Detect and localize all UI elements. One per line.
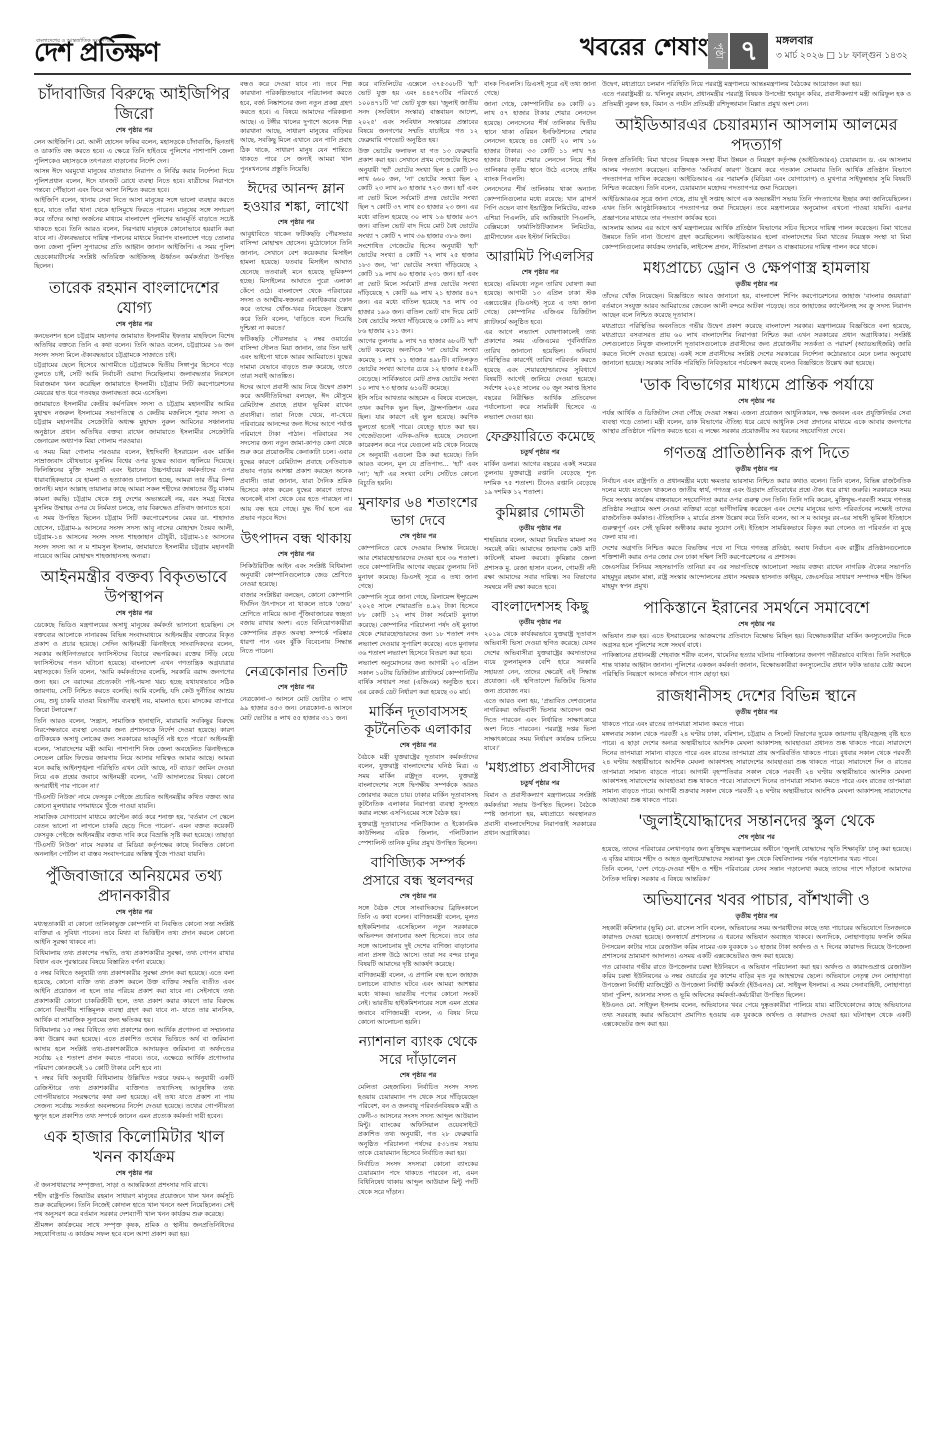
story-body: কোম্পানিতে রেখে দেওয়ার সিদ্ধান্ত নিয়েছ… [358,544,478,697]
story-tarek: তারেক রহমান বাংলাদেশের যোগ্য শেষ পৃষ্ঠার… [34,278,234,562]
story-body: ডেকেছে ভিডিও মন্ত্রণালয়ের অসাধু মানুষের… [34,621,234,859]
story-body: সহকারী কমিশনার (ভূমি) মো. রাসেল সানি বলে… [602,924,911,1029]
story-democracy: গণতন্ত্র প্রাতিষ্ঠানিক রূপ দিতে তৃতীয় প… [602,443,911,592]
headline: ন্যাশনাল ব্যাংক থেকে সরে দাঁড়ালেন [358,1033,478,1069]
paragraph: অভিযান শুরু হয়। এতে ইসরায়েলের আক্রমণের… [602,632,911,651]
headline: আরামিট পিএলসির [484,248,596,266]
column-5: উদ্বেগ, মধ্যপ্রাচ্যে চলমান পরিস্থিতি নিয… [602,80,911,1440]
column-4: বাংক পিএলসি। ডিএসই সূত্রে এই তথ্য জানা গ… [484,80,596,1440]
headline: আইডিআরএর চেয়ারম্যান আসলাম আলমের পদত্যাগ [602,115,911,155]
story-body: ২০১৯ থেকে কার্যকরভাবে যুক্তরাষ্ট্র দূতাব… [484,630,596,753]
headline: কুমিল্লার গোমতী [484,504,596,522]
news-columns: চাঁদাবাজির বিরুদ্ধে আইজিপির জিরো শেষ পৃষ… [34,80,911,1440]
jump-line: শেষ পৃষ্ঠার পর [602,832,911,843]
paragraph: হয়েছে, তাদের পরিবারের লেখাপড়ার জন্য মু… [602,845,911,864]
paragraph: মধ্যস্থতাকারী বা কোনো তালিকাভুক্ত কোম্পা… [34,920,234,948]
paragraph: ফটিকছড়ি পৌরসভার ২ নম্বর ওয়ার্ডের বাসিন… [240,335,352,382]
headline: চাঁদাবাজির বিরুদ্ধে আইজিপির জিরো [34,84,234,124]
paragraph: সঙ্গে বৈঠক শেষে সাংবাদিকদের ব্রিফিংকালে … [358,904,478,970]
story-eid: ঈদের আনন্দ ম্লান হওয়ার শঙ্কা, লাখো শেষ … [240,180,352,524]
paragraph: ঐ জনসাধারণের সম্পৃক্ততা, সাড়া ও আন্তরিক… [34,1181,234,1190]
story-netrokona: নেত্রকোনার তিনটি শেষ পৃষ্ঠার পর নেত্রকোন… [240,663,352,723]
paragraph: হয়েছে। এরিমধ্যে নতুন তারিখ ঘোষণা করা হয… [484,280,596,327]
headline: রাজধানীসহ দেশের বিভিন্ন স্থানে [602,686,911,706]
paragraph: গত রোববার গভীর রাতে উপজেলার চরম্বা ইউনিয… [602,963,911,1001]
story-february: ফেব্রুয়ারিতে কমেছে চতুর্থ পৃষ্ঠার পর মা… [484,428,596,498]
story-production: উৎপাদন বন্ধ থাকায় শেষ পৃষ্ঠার পর সিকিউর… [240,530,352,657]
paragraph: আবুধাবিতে থাকেন ফটিকছড়ি পৌরসভার বাসিন্দ… [240,230,352,333]
paragraph: আসন্ন ঈদে ঘরমুখো মানুষের যাতায়াত নিরাপদ… [34,167,234,195]
jump-line: তৃতীয় পৃষ্ঠার পর [602,911,911,922]
paragraph: সংশোধিত গেজেটের হিসেব অনুযায়ী 'হ্যাঁ' ভ… [358,242,478,336]
paragraph: জামায়াতে ইসলামীর কেন্দ্রীয় কর্মপরিষদ স… [34,400,234,447]
story-idra: আইডিআরএর চেয়ারম্যান আসলাম আলমের পদত্যাগ… [602,115,911,252]
story-referendum: করে বাতিলিটের এক্সেলে ৩৭৫৩০৮টি 'হ্যাঁ' ভ… [358,80,478,488]
paragraph: লেনদেনের শীর্ষ তালিকায় থাকা অন্যান্য কো… [484,185,596,241]
story-body: নিজস্ব প্রতিনিধি: বিমা খাতের নিয়ন্ত্রক … [602,156,911,252]
page-label: পৃষ্ঠা [708,33,728,69]
paragraph: মধ্যপ্রাচ্যে পরিস্থিতির অবনতিতে গভীর উদ্… [602,322,911,369]
paragraph: বিধিমালায় তথ্য প্রকাশের পদ্ধতি, তথ্য প্… [34,949,234,968]
paragraph: তিনি বলেন, 'দেশ গেড়ে-দেওয়া শহীদ ও শহীদ… [602,865,911,884]
paragraph: ৫ নম্বর বিধিতে অনুযায়ী তথ্য প্রকাশকারীর… [34,969,234,1025]
paragraph: নির্বাচন এবং রাষ্ট্রপতি ও প্রধানমন্ত্রীর… [602,477,911,543]
jump-line: শেষ পৃষ্ঠার পর [484,267,596,278]
story-bangladesh-some: বাংলাদেশসহ কিছু তৃতীয় পৃষ্ঠার পর ২০১৯ থ… [484,598,596,753]
story-pakistan: পাকিস্তানে ইরানের সমর্থনে সমাবেশে শেষ পৃ… [602,598,911,680]
story-water-flow: বন্ধও করে দেওয়া যাবে না। তবে শিল্প কারখ… [240,80,352,174]
jump-line: শেষ পৃষ্ঠার পর [34,125,234,136]
jump-line: শেষ পৃষ্ঠার পর [240,549,352,560]
paragraph: দেশের অগ্রগতি নিশ্চিত করতে বিভক্তির পথে … [602,544,911,563]
story-body: কনভেনশন হলে চট্টগ্রাম মহানগর জামায়াত ইস… [34,332,234,562]
headline: এক হাজার কিলোমিটার খাল খনন কার্যক্রম [34,1127,234,1167]
story-body: সিকিউরিটিজ আইন এবং সংশ্লিষ্ট বিধিমালা অন… [240,562,352,657]
paragraph: বৈঠকে মন্ত্রী যুক্তরাষ্ট্রের দূতাবাস কর্… [358,753,478,819]
story-igp: চাঁদাবাজির বিরুদ্ধে আইজিপির জিরো শেষ পৃষ… [34,84,234,272]
paragraph: মার্কিন ডলার। আগের বছরের একই সময়ের তুলন… [484,460,596,498]
headline: ঈদের আনন্দ ম্লান হওয়ার শঙ্কা, লাখো [240,180,352,216]
masthead: বাংলাদেশের ও আন্তর্জাতিক সংবাদপত্র দেশ প… [0,0,945,50]
story-body: অভিযান শুরু হয়। এতে ইসরায়েলের আক্রমণের… [602,632,911,680]
paragraph: আইজিপি বলেন, থানায় সেবা নিতে আসা মানুষে… [34,196,234,271]
paragraph: জেএসডির সিনিয়র সহসভাপতি তানিয়া রব এর স… [602,563,911,591]
jump-line: তৃতীয় পৃষ্ঠার পর [602,279,911,290]
story-body: শাহরিয়ার বলেন, আমরা নিয়মিত মামলা সব সম… [484,536,596,592]
paragraph: লেন আইজিপি। মো. আলী হোসেন ফকির বলেন, মহা… [34,138,234,166]
paragraph: আইডিআরএর সূত্রে জানা গেছে, প্রায় দুই সপ… [602,195,911,223]
paragraph: আসলাম আলম এর আগে অর্থ মন্ত্রণালয়ের আর্থ… [602,224,911,252]
paragraph: পর্যন্ত আর্থিক ও ডিজিটাল সেবা পৌঁছে দেওয… [602,409,911,437]
paragraph: ডেকেছে ভিডিও মন্ত্রণালয়ের অসাধু মানুষের… [34,621,234,715]
jump-line: তৃতীয় পৃষ্ঠার পর [484,617,596,628]
story-raid: অভিযানের খবর পাচার, বাঁশখালী ও তৃতীয় পৃ… [602,890,911,1029]
jump-line: তৃতীয় পৃষ্ঠার পর [602,707,911,718]
story-body: করে বাতিলিটের এক্সেলে ৩৭৫৩০৮টি 'হ্যাঁ' ভ… [358,80,478,488]
headline: 'ডাক বিভাগের মাধ্যমে প্রান্তিক পর্যায়ে [602,375,911,395]
headline: বাংলাদেশসহ কিছু [484,598,596,616]
column-3: করে বাতিলিটের এক্সেলে ৩৭৫৩০৮টি 'হ্যাঁ' ভ… [358,80,478,1440]
story-body: হয়েছে। এরিমধ্যে নতুন তারিখ ঘোষণা করা হয… [484,280,596,422]
paragraph: নেত্রকোনা-৩ আসনে মোট ভোটার ৩ লাখ ৯৯ হাজা… [240,695,352,723]
jump-line: শেষ পৃষ্ঠার পর [602,619,911,630]
story-body: মার্কিন ডলার। আগের বছরের একই সময়ের তুলন… [484,460,596,498]
story-body: আবুধাবিতে থাকেন ফটিকছড়ি পৌরসভার বাসিন্দ… [240,230,352,524]
headline: মার্কিন দূতাবাসসহ কূটনৈতিক এলাকার [358,703,478,739]
paragraph: ইসি সচিব আখতার আহমেদ এ বিষয়ে বলেছেন, তখ… [358,394,478,488]
paragraph: মেলিতা মেহজাবিন। নির্বাচিত সংসদ সদস্য হও… [358,1083,478,1158]
story-body: বাংক পিএলসি। ডিএসই সূত্রে এই তথ্য জানা গ… [484,80,596,242]
headline: 'মধ্যপ্রাচ্য প্রবাসীদের [484,759,596,777]
story-comilla: কুমিল্লার গোমতী তৃতীয় পৃষ্ঠার পর শাহরিয… [484,504,596,592]
paragraph: শহীদ রাষ্ট্রপতি জিয়াউর রহমান সাধারণ মান… [34,1192,234,1220]
headline: গণতন্ত্র প্রাতিষ্ঠানিক রূপ দিতে [602,443,911,463]
paragraph: আগের তুলনায় ৯ লাখ ৭৪ হাজার ৬৮০টি 'হ্যাঁ… [358,337,478,393]
paragraph: কনভেনশন হলে চট্টগ্রাম মহানগর জামায়াত ইস… [34,332,234,360]
paragraph: সামাজিক যোগাযোগ মাধ্যমে ক্যাপ্টেন কার্ড … [34,813,234,860]
story-body: থাকতে পারে এবং রাতের তাপমাত্রা সামান্য ক… [602,720,911,806]
paragraph: তিনি আরও বলেন, 'সন্ত্রাস, সামাজিক হানাহা… [34,717,234,792]
jump-line: শেষ পৃষ্ঠার পর [34,1168,234,1179]
paragraph: কোম্পানি সূত্রে জানা গেছে, রিলায়েন্স ইন… [358,593,478,659]
story-body: মধ্যস্থতাকারী বা কোনো তালিকাভুক্ত কোম্পা… [34,920,234,1122]
jump-line: শেষ পৃষ্ঠার পর [240,217,352,228]
paragraph: বন্ধও করে দেওয়া যাবে না। তবে শিল্প কারখ… [240,80,352,174]
paragraph: সিকিউরিটিজ আইন এবং সংশ্লিষ্ট বিধিমালা অন… [240,562,352,590]
story-body: ঐ জনসাধারণের সম্পৃক্ততা, সাড়া ও আন্তরিক… [34,1181,234,1239]
column-2: বন্ধও করে দেওয়া যাবে না। তবে শিল্প কারখ… [240,80,352,1440]
headline: 'জুলাইযোদ্ধাদের সন্তানদের স্কুল থেকে [602,811,911,831]
brand-logo: দেশ প্রতিক্ষণ [34,40,159,66]
paragraph: এর আগে লভ্যাংশ ঘোষণাকালেই তথ্য প্রকাশের … [484,328,596,422]
paragraph: লভ্যাংশ অনুমোদনের জন্য আগামী ২৩ এপ্রিল স… [358,659,478,697]
jump-line: তৃতীয় পৃষ্ঠার পর [484,523,596,534]
story-body: বন্ধও করে দেওয়া যাবে না। তবে শিল্প কারখ… [240,80,352,174]
headline: মুনাফার ৬৪ শতাংশের ভাগ দেবে [358,494,478,530]
story-body: লেন আইজিপি। মো. আলী হোসেন ফকির বলেন, মহা… [34,138,234,272]
paragraph: ৭ নম্বর বিধি অনুযায়ী বিধিমালায় উল্লিখি… [34,1074,234,1121]
story-body: সঙ্গে বৈঠক শেষে সাংবাদিকদের ব্রিফিংকালে … [358,904,478,1027]
paragraph: যুক্তরাষ্ট্র দূতাবাসের পলিটিক্যাল ও ইকোন… [358,820,478,848]
story-cabinet-meeting: উদ্বেগ, মধ্যপ্রাচ্যে চলমান পরিস্থিতি নিয… [602,80,911,109]
column-1: চাঁদাবাজির বিরুদ্ধে আইজিপির জিরো শেষ পৃষ… [34,80,234,1440]
paragraph: এ সময় উপস্থিত ছিলেন চট্টগ্রাম সিটি করপো… [34,514,234,561]
story-body: হয়েছে, তাদের পরিবারের লেখাপড়ার জন্য মু… [602,845,911,884]
jump-line: শেষ পৃষ্ঠার পর [240,682,352,693]
paragraph: ঈদের আগে প্রবাসী আয় নিয়ে উদ্বেগ প্রকাশ… [240,383,352,524]
story-alamin: আরামিট পিএলসির শেষ পৃষ্ঠার পর হয়েছে। এর… [484,248,596,422]
paragraph: বাংক পিএলসি। ডিএসই সূত্রে এই তথ্য জানা গ… [484,80,596,99]
story-canal: এক হাজার কিলোমিটার খাল খনন কার্যক্রম শেষ… [34,1127,234,1239]
jump-line: চতুর্থ পৃষ্ঠার পর [484,778,596,789]
story-body: উদ্বেগ, মধ্যপ্রাচ্যে চলমান পরিস্থিতি নিয… [602,80,911,109]
headline: মধ্যপ্রাচ্যে ড্রোন ও ক্ষেপণাস্ত্র হামলায… [602,258,911,278]
jump-line: শেষ পৃষ্ঠার পর [602,396,911,407]
story-stock-info: পুঁজিবাজারে অনিয়মের তথ্য প্রদানকারীর শে… [34,866,234,1122]
jump-line: চতুর্থ পৃষ্ঠার পর [484,447,596,458]
paragraph: করে বাতিলিটের এক্সেলে ৩৭৫৩০৮টি 'হ্যাঁ' ভ… [358,80,478,146]
headline: ফেব্রুয়ারিতে কমেছে [484,428,596,446]
section-title: খবরের শেষাংশ [580,30,722,64]
paragraph: পাকিস্তানের প্রধানমন্ত্রী শেহবাজ শরীফ বল… [602,651,911,679]
story-body: মেলিতা মেহজাবিন। নির্বাচিত সংসদ সদস্য হও… [358,1083,478,1197]
story-july-martyrs: 'জুলাইযোদ্ধাদের সন্তানদের স্কুল থেকে শেষ… [602,811,911,884]
jump-line: শেষ পৃষ্ঠার পর [358,740,478,751]
paragraph: উদ্বেগ, মধ্যপ্রাচ্যে চলমান পরিস্থিতি নিয… [602,80,911,89]
jump-line: তৃতীয় পৃষ্ঠার পর [602,464,911,475]
jump-line: শেষ পৃষ্ঠার পর [358,1070,478,1081]
paragraph: বাজার সংশ্লিষ্টরা বলছেন, কোনো কোম্পানি দ… [240,591,352,657]
story-national-bank: ন্যাশনাল ব্যাংক থেকে সরে দাঁড়ালেন শেষ প… [358,1033,478,1197]
story-body: বিমান ও প্রবাসীকল্যাণ মন্ত্রণালয়ের সংশ্… [484,791,596,838]
jump-line: শেষ পৃষ্ঠার পর [358,531,478,542]
paragraph: কোম্পানিতে রেখে দেওয়ার সিদ্ধান্ত নিয়েছ… [358,544,478,591]
jump-line: শেষ পৃষ্ঠার পর [34,608,234,619]
paragraph: চট্টগ্রামের ছেলে হিসেবে আগামীতে চট্টগ্রা… [34,361,234,399]
headline: তারেক রহমান বাংলাদেশের যোগ্য [34,278,234,318]
story-dse-stake: বাংক পিএলসি। ডিএসই সূত্রে এই তথ্য জানা গ… [484,80,596,242]
story-law-minister: আইনমন্ত্রীর বক্তব্য বিকৃতভাবে উপস্থাপন শ… [34,567,234,859]
story-body: পর্যন্ত আর্থিক ও ডিজিটাল সেবা পৌঁছে দেওয… [602,409,911,437]
story-postal: 'ডাক বিভাগের মাধ্যমে প্রান্তিক পর্যায়ে … [602,375,911,437]
story-body: তাঁদের খোঁজ নিয়েছেন। বিজ্ঞপ্তিতে আরও জা… [602,292,911,368]
paragraph: এ সময় মিয়া গোলাম পরওয়ার বলেন, ইহুদিবা… [34,448,234,514]
story-body: নেত্রকোনা-৩ আসনে মোট ভোটার ৩ লাখ ৯৯ হাজা… [240,695,352,723]
story-weather: রাজধানীসহ দেশের বিভিন্ন স্থানে তৃতীয় পৃ… [602,686,911,806]
paragraph: উক্ত ভোটের ফলাফল যা গত ১৩ ফেব্রুয়ারি প্… [358,147,478,241]
paragraph: বিমান ও প্রবাসীকল্যাণ মন্ত্রণালয়ের সংশ্… [484,791,596,838]
story-us-embassy: মার্কিন দূতাবাসসহ কূটনৈতিক এলাকার শেষ পৃ… [358,703,478,848]
headline: পাকিস্তানে ইরানের সমর্থনে সমাবেশে [602,598,911,618]
headline: নেত্রকোনার তিনটি [240,663,352,681]
paragraph: শ্রীমঙ্গল কার্যক্রমের সাথে সম্পৃক্ত কৃষক… [34,1221,234,1240]
headline: উৎপাদন বন্ধ থাকায় [240,530,352,548]
date-line: ৩ মার্চ ২০২৬ □ ১৮ ফাল্গুন ১৪৩২ [776,48,908,63]
headline: আইনমন্ত্রীর বক্তব্য বিকৃতভাবে উপস্থাপন [34,567,234,607]
paragraph: ইউএনও মো. সাইফুল ইসলাম বলেন, অভিযানের খব… [602,1001,911,1029]
jump-line: শেষ পৃষ্ঠার পর [34,907,234,918]
paragraph: 'টিএসটি নিউজ' নামে ফেসবুক পেইজে প্রচারিত… [34,793,234,812]
paragraph: মঙ্গলবার সকাল থেকে পরবর্তী ২৪ ঘণ্টায় ঢা… [602,730,911,805]
masthead-divider [34,73,911,75]
paragraph: নিজস্ব প্রতিনিধি: বিমা খাতের নিয়ন্ত্রক … [602,156,911,194]
story-body: বৈঠকে মন্ত্রী যুক্তরাষ্ট্রের দূতাবাস কর্… [358,753,478,848]
story-drone: মধ্যপ্রাচ্যে ড্রোন ও ক্ষেপণাস্ত্র হামলায… [602,258,911,368]
paragraph: বাণিজ্যমন্ত্রী বলেন, এ প্রণালি বন্ধ হলে … [358,971,478,1027]
paragraph: নির্বাচিত সংসদ সদস্যরা কোনো ব্যাংকের চেয… [358,1160,478,1198]
story-profit: মুনাফার ৬৪ শতাংশের ভাগ দেবে শেষ পৃষ্ঠার … [358,494,478,697]
jump-line: শেষ পৃষ্ঠার পর [358,891,478,902]
paragraph: এতে পররাষ্ট্রমন্ত্রী ড. খলিলুর রহমান, প্… [602,90,911,109]
paragraph: এতে আরও বলা হয়, 'প্রভাবিত দেশগুলোর নাগর… [484,697,596,753]
story-trade: বাণিজ্যিক সম্পর্ক প্রসারে বন্ধ স্থলবন্দর… [358,854,478,1027]
story-middle-east-expat: 'মধ্যপ্রাচ্য প্রবাসীদের চতুর্থ পৃষ্ঠার প… [484,759,596,838]
paragraph: বিধিমালার ১৫ নম্বর বিধিতে তথ্য প্রকাশের … [34,1026,234,1073]
paragraph: জানা গেছে, কোম্পানিটির ৪৬ কোটি ০১ লাখ ৫৭… [484,100,596,185]
paragraph: থাকতে পারে এবং রাতের তাপমাত্রা সামান্য ক… [602,720,911,729]
paragraph: ২০১৯ থেকে কার্যকরভাবে যুক্তরাষ্ট্র দূতাব… [484,630,596,696]
paragraph: শাহরিয়ার বলেন, আমরা নিয়মিত মামলা সব সম… [484,536,596,592]
story-body: নির্বাচন এবং রাষ্ট্রপতি ও প্রধানমন্ত্রীর… [602,477,911,592]
page-number: ৭ [730,33,768,69]
paragraph: সহকারী কমিশনার (ভূমি) মো. রাসেল সানি বলে… [602,924,911,962]
paragraph: তাঁদের খোঁজ নিয়েছেন। বিজ্ঞপ্তিতে আরও জা… [602,292,911,320]
headline: অভিযানের খবর পাচার, বাঁশখালী ও [602,890,911,910]
jump-line: শেষ পৃষ্ঠার পর [34,319,234,330]
headline: বাণিজ্যিক সম্পর্ক প্রসারে বন্ধ স্থলবন্দর [358,854,478,890]
headline: পুঁজিবাজারে অনিয়মের তথ্য প্রদানকারীর [34,866,234,906]
